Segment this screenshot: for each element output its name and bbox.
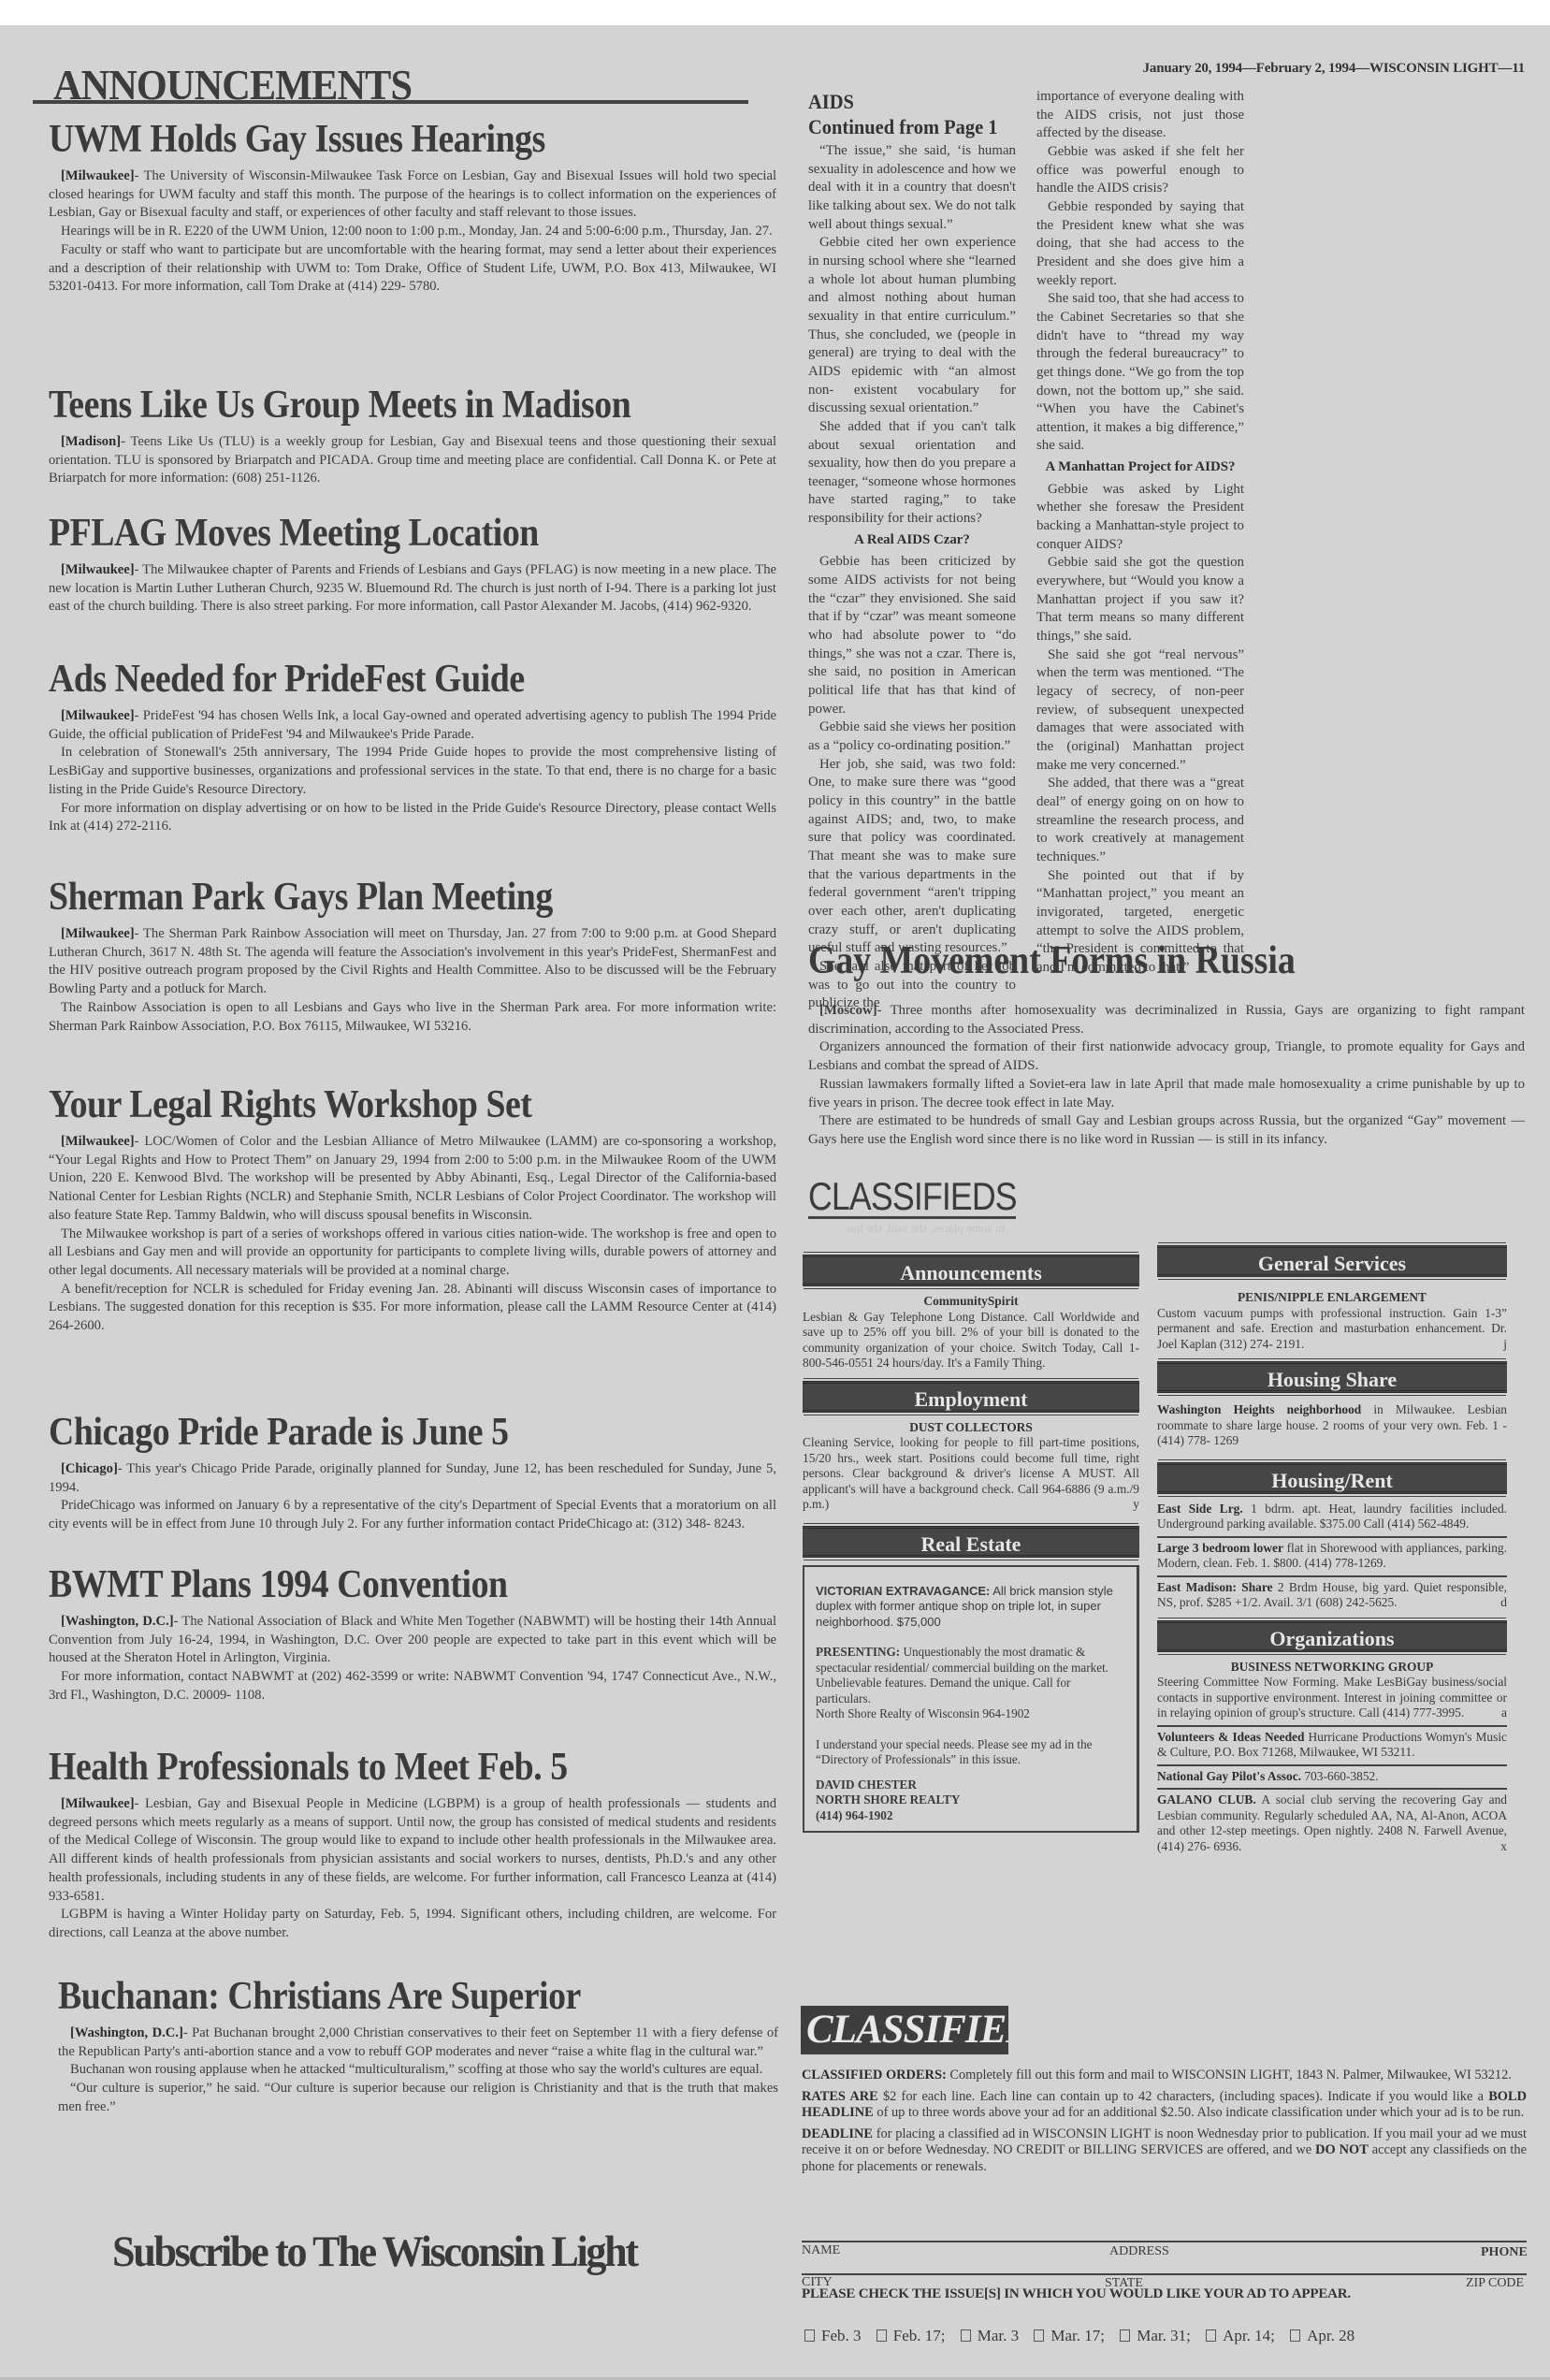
ad-washington-heights: Washington Heights neighborhood in Milwa…: [1157, 1402, 1507, 1449]
article-dateline: [Washington, D.C.]: [70, 2025, 183, 2040]
category-general-services: General Services: [1157, 1245, 1507, 1277]
paragraph: Gebbie cited her own experience in nursi…: [808, 234, 1016, 418]
zip-code-label: ZIP CODE: [1466, 2276, 1524, 2291]
article-health-professionals: Health Professionals to Meet Feb. 5 [Mil…: [49, 1745, 776, 1943]
paragraph: “The issue,” she said, ‘is human sexuali…: [808, 142, 1016, 234]
article-pridefest-guide: Ads Needed for PrideFest Guide [Milwauke…: [49, 657, 776, 836]
classifieds-left-column: Announcements CommunitySpirit Lesbian & …: [803, 1249, 1139, 1833]
paragraph: Gebbie said she views her position as a …: [808, 718, 1016, 755]
article-headline: Sherman Park Gays Plan Meeting: [49, 875, 703, 920]
section-divider: [33, 100, 748, 104]
article-headline: BWMT Plans 1994 Convention: [49, 1562, 703, 1607]
aids-column-2: importance of everyone dealing with the …: [1036, 88, 1244, 978]
article-headline: Chicago Pride Parade is June 5: [49, 1410, 703, 1455]
article-headline: Your Legal Rights Workshop Set: [49, 1082, 703, 1127]
article-headline: UWM Holds Gay Issues Hearings: [49, 117, 703, 162]
article-pflag: PFLAG Moves Meeting Location [Milwaukee]…: [49, 511, 776, 617]
paragraph: She added, that there was a “great deal”…: [1036, 775, 1244, 866]
ad-dust-collectors: DUST COLLECTORS Cleaning Service, lookin…: [803, 1420, 1139, 1513]
article-russia: Gay Movement Forms in Russia [Moscow]- T…: [808, 940, 1525, 1150]
category-organizations: Organizations: [1157, 1620, 1507, 1652]
checkbox-icon[interactable]: [876, 2329, 887, 2342]
article-headline: Gay Movement Forms in Russia: [808, 940, 1453, 981]
checkbox-icon[interactable]: [1290, 2329, 1300, 2342]
bleed-through-text: in some places, she said, she has: [847, 1221, 1005, 1236]
category-real-estate: Real Estate: [803, 1526, 1139, 1558]
issue-check-heading: PLEASE CHECK THE ISSUE[S] IN WHICH YOU W…: [802, 2286, 1351, 2302]
issue-checkboxes: Feb. 3 Feb. 17; Mar. 3 Mar. 17; Mar. 31;…: [804, 2327, 1550, 2345]
checkbox-icon[interactable]: [1120, 2329, 1130, 2342]
subscribe-promo: Subscribe to The Wisconsin Light: [112, 2227, 637, 2277]
paragraph: She said too, that she had access to the…: [1036, 290, 1244, 456]
category-housing-rent: Housing/Rent: [1157, 1462, 1507, 1494]
article-dateline: [Milwaukee]: [61, 708, 135, 723]
city-state-zip-field[interactable]: [802, 2273, 1527, 2275]
name-address-phone-field[interactable]: [802, 2241, 1527, 2242]
ad-galano-club: GALANO CLUB. A social club serving the r…: [1157, 1792, 1507, 1854]
article-bwmt: BWMT Plans 1994 Convention [Washington, …: [49, 1562, 776, 1705]
paragraph: Gebbie was asked by Light whether she fo…: [1036, 481, 1244, 555]
article-headline: Ads Needed for PrideFest Guide: [49, 657, 703, 702]
newspaper-page: ANNOUNCEMENTS UWM Holds Gay Issues Heari…: [0, 25, 1550, 2380]
ad-east-madison: East Madison: Share 2 Brdm House, big ya…: [1157, 1580, 1507, 1611]
article-dateline: [Milwaukee]: [61, 562, 135, 577]
article-legal-rights: Your Legal Rights Workshop Set [Milwauke…: [49, 1082, 776, 1336]
subheading: A Real AIDS Czar?: [808, 531, 1016, 550]
ad-gay-pilots: National Gay Pilot's Assoc. 703-660-3852…: [1157, 1769, 1507, 1785]
checkbox-icon[interactable]: [1034, 2329, 1044, 2342]
paragraph: Her job, she said, was two fold: One, to…: [808, 756, 1016, 958]
issue-checkbox-feb-17[interactable]: Feb. 17;: [876, 2327, 946, 2345]
classifieds-right-column: General Services PENIS/NIPPLE ENLARGEMEN…: [1157, 1240, 1507, 1854]
aids-headline: AIDS Continued from Page 1: [808, 89, 998, 139]
checkbox-icon[interactable]: [804, 2329, 815, 2342]
checkbox-icon[interactable]: [1206, 2329, 1216, 2342]
category-employment: Employment: [803, 1381, 1139, 1413]
address-label: ADDRESS: [1109, 2244, 1169, 2259]
ad-real-estate-box: VICTORIAN EXTRAVAGANCE: All brick mansio…: [803, 1565, 1139, 1834]
ad-volunteers: Volunteers & Ideas Needed Hurricane Prod…: [1157, 1730, 1507, 1761]
article-buchanan: Buchanan: Christians Are Superior [Washi…: [58, 1974, 778, 2117]
ad-enlargement: PENIS/NIPPLE ENLARGEMENT Custom vacuum p…: [1157, 1290, 1507, 1352]
classifieds-banner: CLASSIFIEDS: [801, 2006, 1008, 2054]
subheading: A Manhattan Project for AIDS?: [1036, 458, 1244, 477]
checkbox-icon[interactable]: [961, 2329, 971, 2342]
aids-column-1: “The issue,” she said, ‘is human sexuali…: [808, 142, 1016, 1013]
article-uwm-hearings: UWM Holds Gay Issues Hearings [Milwaukee…: [49, 117, 776, 297]
article-dateline: [Milwaukee]: [61, 926, 135, 941]
ad-east-side: East Side Lrg. 1 bdrm. apt. Heat, laundr…: [1157, 1502, 1507, 1532]
category-housing-share: Housing Share: [1157, 1361, 1507, 1393]
paragraph: Gebbie said she got the question everywh…: [1036, 554, 1244, 646]
paragraph: importance of everyone dealing with the …: [1036, 88, 1244, 143]
article-headline: Buchanan: Christians Are Superior: [58, 1974, 706, 2019]
category-announcements: Announcements: [803, 1255, 1139, 1286]
paragraph: Gebbie has been criticized by some AIDS …: [808, 553, 1016, 718]
article-headline: Teens Like Us Group Meets in Madison: [49, 383, 703, 428]
issue-checkbox-feb-3[interactable]: Feb. 3: [804, 2327, 862, 2345]
article-dateline: [Milwaukee]: [61, 168, 135, 183]
issue-checkbox-mar-17[interactable]: Mar. 17;: [1034, 2327, 1105, 2345]
ad-community-spirit: CommunitySpirit Lesbian & Gay Telephone …: [803, 1294, 1139, 1371]
issue-checkbox-mar-31[interactable]: Mar. 31;: [1120, 2327, 1191, 2345]
name-label: NAME: [802, 2243, 840, 2258]
ad-business-networking: BUSINESS NETWORKING GROUP Steering Commi…: [1157, 1660, 1507, 1721]
classifieds-divider: [808, 1216, 1016, 1219]
classifieds-title: CLASSIFIEDS: [808, 1174, 1017, 1219]
phone-label: PHONE: [1481, 2245, 1528, 2260]
paragraph: Gebbie was asked if she felt her office …: [1036, 143, 1244, 198]
issue-checkbox-mar-3[interactable]: Mar. 3: [961, 2327, 1019, 2345]
issue-checkbox-apr-14[interactable]: Apr. 14;: [1206, 2327, 1275, 2345]
article-teens-like-us: Teens Like Us Group Meets in Madison [Ma…: [49, 383, 776, 488]
article-dateline: [Milwaukee]: [61, 1134, 135, 1149]
ad-large-3-bedroom: Large 3 bedroom lower flat in Shorewood …: [1157, 1541, 1507, 1572]
article-dateline: [Milwaukee]: [61, 1796, 135, 1811]
article-dateline: [Washington, D.C.]: [61, 1614, 174, 1629]
classified-order-instructions: CLASSIFIED ORDERS: Completely fill out t…: [802, 2068, 1527, 2180]
article-dateline: [Madison]: [61, 434, 121, 449]
article-chicago-pride: Chicago Pride Parade is June 5 [Chicago]…: [49, 1410, 776, 1534]
article-dateline: [Chicago]: [61, 1461, 118, 1476]
issue-checkbox-apr-28[interactable]: Apr. 28: [1290, 2327, 1354, 2345]
article-sherman-park: Sherman Park Gays Plan Meeting [Milwauke…: [49, 875, 776, 1036]
page-dateline: January 20, 1994—February 2, 1994—WISCON…: [935, 61, 1525, 77]
article-headline: PFLAG Moves Meeting Location: [49, 511, 703, 556]
paragraph: She added that if you can't talk about s…: [808, 418, 1016, 529]
article-dateline: [Moscow]: [819, 1003, 877, 1018]
paragraph: Gebbie responded by saying that the Pres…: [1036, 198, 1244, 290]
article-headline: Health Professionals to Meet Feb. 5: [49, 1745, 703, 1790]
paragraph: She said she got “real nervous” when the…: [1036, 646, 1244, 776]
